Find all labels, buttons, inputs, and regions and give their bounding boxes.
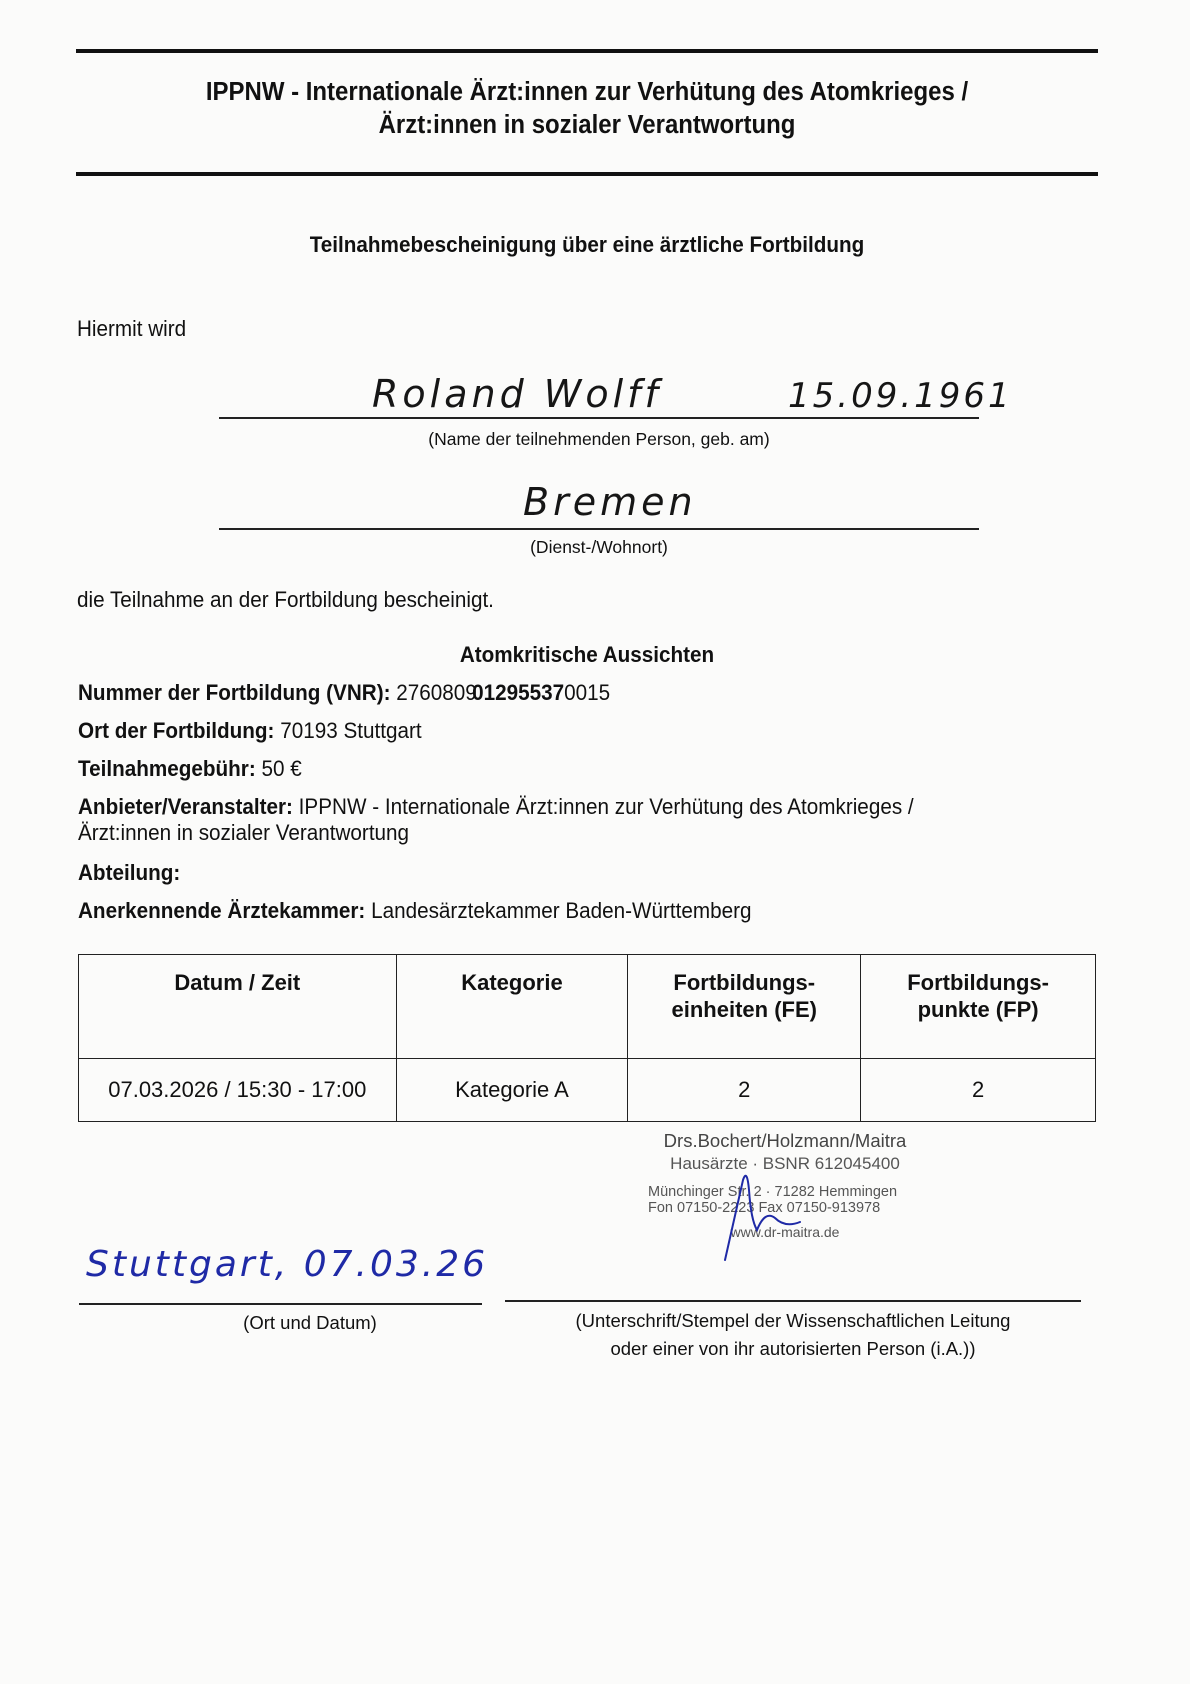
place-date-line — [79, 1303, 482, 1305]
chamber-label: Anerkennende Ärztekammer: — [78, 898, 365, 923]
organization-title: IPPNW - Internationale Ärzt:innen zur Ve… — [107, 76, 1068, 142]
location-line — [219, 528, 979, 530]
name-signature-line — [219, 417, 979, 419]
confirmation-text: die Teilnahme an der Fortbildung beschei… — [77, 587, 494, 613]
field-fee: Teilnahmegebühr: 50 € — [78, 756, 302, 782]
provider-value-line2: Ärzt:innen in sozialer Verantwortung — [78, 820, 409, 845]
fee-label: Teilnahmegebühr: — [78, 756, 256, 781]
field-provider-line2: Ärzt:innen in sozialer Verantwortung — [78, 820, 409, 846]
field-chamber: Anerkennende Ärztekammer: Landesärztekam… — [78, 898, 752, 924]
header-category: Kategorie — [396, 955, 628, 1059]
org-title-line1: IPPNW - Internationale Ärzt:innen zur Ve… — [107, 76, 1068, 109]
signature-line — [505, 1300, 1081, 1302]
place-date-caption: (Ort und Datum) — [160, 1312, 460, 1334]
course-location-value: 70193 Stuttgart — [280, 718, 421, 743]
name-caption: (Name der teilnehmenden Person, geb. am) — [219, 429, 979, 450]
vnr-value-prefix: 2760809 — [396, 680, 477, 705]
course-title: Atomkritische Aussichten — [107, 642, 1068, 668]
participant-name-handwritten: Roland Wolff — [372, 372, 662, 416]
table-row: 07.03.2026 / 15:30 - 17:00 Kategorie A 2… — [79, 1059, 1096, 1122]
department-label: Abteilung: — [78, 860, 180, 885]
provider-value: IPPNW - Internationale Ärzt:innen zur Ve… — [299, 794, 914, 819]
chamber-value: Landesärztekammer Baden-Württemberg — [371, 898, 751, 923]
field-vnr: Nummer der Fortbildung (VNR): 2760809012… — [78, 680, 610, 706]
course-location-label: Ort der Fortbildung: — [78, 718, 274, 743]
document-title: Teilnahmebescheinigung über eine ärztlic… — [107, 232, 1068, 258]
header-fp: Fortbildungs-punkte (FP) — [861, 955, 1096, 1059]
header-bottom-rule — [76, 172, 1098, 176]
location-caption: (Dienst-/Wohnort) — [219, 537, 979, 558]
vnr-value-bold: 01295537 — [472, 680, 564, 705]
vnr-value-suffix: 0015 — [564, 680, 610, 705]
table-header-row: Datum / Zeit Kategorie Fortbildungs-einh… — [79, 955, 1096, 1059]
signature-caption-line2: oder einer von ihr autorisierten Person … — [505, 1338, 1081, 1360]
cell-date-time: 07.03.2026 / 15:30 - 17:00 — [79, 1059, 397, 1122]
fee-value: 50 € — [261, 756, 301, 781]
intro-text: Hiermit wird — [77, 316, 186, 342]
stamp-line-name: Drs.Bochert/Holzmann/Maitra — [640, 1130, 930, 1152]
top-rule — [76, 49, 1098, 53]
credits-table: Datum / Zeit Kategorie Fortbildungs-einh… — [78, 954, 1096, 1122]
signature-scribble-icon — [705, 1160, 825, 1270]
provider-label: Anbieter/Veranstalter: — [78, 794, 293, 819]
signature-caption-line1: (Unterschrift/Stempel der Wissenschaftli… — [505, 1310, 1081, 1332]
header-fe: Fortbildungs-einheiten (FE) — [628, 955, 861, 1059]
location-handwritten: Bremen — [523, 480, 697, 524]
field-department: Abteilung: — [78, 860, 180, 886]
field-location: Ort der Fortbildung: 70193 Stuttgart — [78, 718, 422, 744]
field-provider: Anbieter/Veranstalter: IPPNW - Internati… — [78, 794, 914, 820]
org-title-line2: Ärzt:innen in sozialer Verantwortung — [107, 109, 1068, 142]
cell-category: Kategorie A — [396, 1059, 628, 1122]
vnr-label: Nummer der Fortbildung (VNR): — [78, 680, 390, 705]
cell-fe: 2 — [628, 1059, 861, 1122]
header-date-time: Datum / Zeit — [79, 955, 397, 1059]
cell-fp: 2 — [861, 1059, 1096, 1122]
participant-birthdate-handwritten: 15.09.1961 — [788, 376, 1013, 416]
place-date-handwritten: Stuttgart, 07.03.26 — [86, 1244, 488, 1285]
